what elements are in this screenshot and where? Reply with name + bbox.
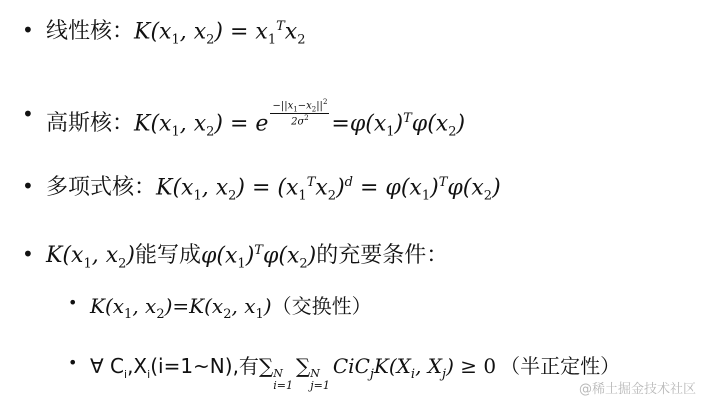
note-symmetry: （交换性）: [272, 290, 372, 319]
subbullet-psd: • ∀ Ci,Xi(i=1~N),有 ∑Ni=1∑Nj=1CiCjK(Xi, X…: [68, 350, 620, 392]
text-necessary-sufficient: 的充要条件：: [316, 238, 448, 269]
formula-linear-kernel: K(x1, x2) = x1Tx2: [134, 19, 305, 48]
formula-psd: ∑Ni=1∑Nj=1CiCjK(Xi, Xj) ≥ 0: [259, 354, 496, 392]
formula-polynomial-kernel: K(x1, x2) = (x1Tx2)d = φ(x1)Tφ(x2): [156, 175, 501, 204]
bullet-gaussian-kernel: • 高斯核： K(x1, x2) = e−||x1−x2||22σ2=φ(x1)…: [22, 98, 465, 140]
text-can-write-as: 能写成: [135, 238, 201, 269]
bullet-dot: •: [22, 174, 34, 198]
bullet-polynomial-kernel: • 多项式核： K(x1, x2) = (x1Tx2)d = φ(x1)Tφ(x…: [22, 170, 501, 203]
text-for-all: ∀ Ci,Xi(i=1~N),有: [90, 350, 259, 381]
formula-gaussian-kernel: K(x1, x2) = e−||x1−x2||22σ2=φ(x1)Tφ(x2): [134, 98, 465, 140]
formula-symmetry: K(x1, x2)=K(x2, x1): [90, 294, 272, 322]
bullet-dot: •: [22, 18, 34, 42]
bullet-condition: • K(x1, x2) 能写成 φ(x1)Tφ(x2) 的充要条件：: [22, 238, 448, 271]
formula-kernel-k: K(x1, x2): [46, 243, 135, 271]
label-linear-kernel: 线性核：: [46, 14, 134, 45]
label-polynomial-kernel: 多项式核：: [46, 170, 156, 201]
bullet-dot: •: [68, 353, 77, 372]
watermark: @稀土掘金技术社区: [579, 378, 696, 397]
subbullet-symmetry: • K(x1, x2)=K(x2, x1) （交换性）: [68, 290, 372, 322]
formula-phi-product: φ(x1)Tφ(x2): [201, 243, 316, 272]
bullet-linear-kernel: • 线性核： K(x1, x2) = x1Tx2: [22, 14, 306, 47]
note-psd: （半正定性）: [500, 350, 620, 379]
bullet-dot: •: [68, 293, 77, 312]
bullet-dot: •: [22, 102, 34, 126]
label-gaussian-kernel: 高斯核：: [46, 106, 134, 137]
bullet-dot: •: [22, 242, 34, 266]
